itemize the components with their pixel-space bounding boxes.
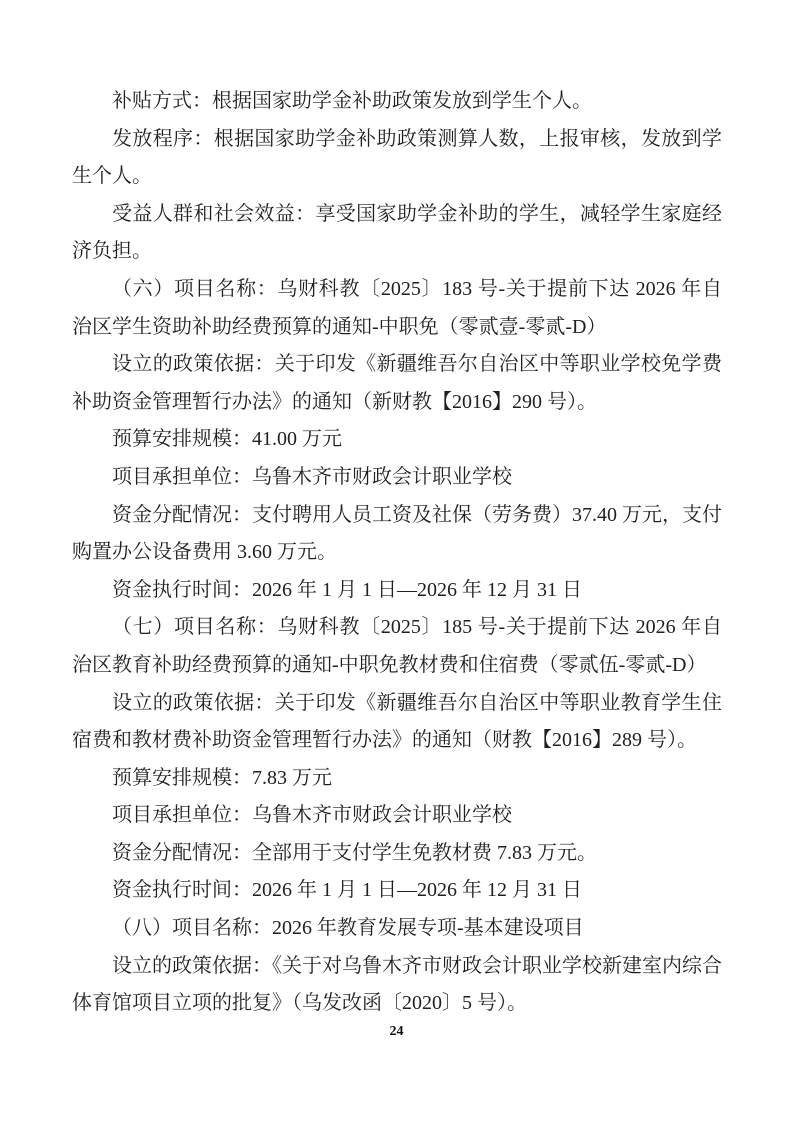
paragraph: 资金执行时间：2026 年 1 月 1 日—2026 年 12 月 31 日 <box>72 572 722 610</box>
paragraph: 设立的政策依据：关于印发《新疆维吾尔自治区中等职业学校免学费补助资金管理暂行办法… <box>72 346 722 421</box>
paragraph: 资金分配情况：支付聘用人员工资及社保（劳务费）37.40 万元，支付购置办公设备… <box>72 497 722 572</box>
paragraph: 预算安排规模：41.00 万元 <box>72 421 722 459</box>
paragraph: 受益人群和社会效益：享受国家助学金补助的学生，减轻学生家庭经济负担。 <box>72 196 722 271</box>
paragraph: 项目承担单位：乌鲁木齐市财政会计职业学校 <box>72 797 722 835</box>
paragraph: 补贴方式：根据国家助学金补助政策发放到学生个人。 <box>72 83 722 121</box>
paragraph: 设立的政策依据：关于印发《新疆维吾尔自治区中等职业教育学生住宿费和教材费补助资金… <box>72 685 722 760</box>
page-number-label: 24 <box>0 1024 793 1040</box>
paragraph: （六）项目名称：乌财科教〔2025〕183 号-关于提前下达 2026 年自治区… <box>72 271 722 346</box>
paragraph: 预算安排规模：7.83 万元 <box>72 760 722 798</box>
paragraph: 设立的政策依据：《关于对乌鲁木齐市财政会计职业学校新建室内综合体育馆项目立项的批… <box>72 948 722 1023</box>
document-page: 补贴方式：根据国家助学金补助政策发放到学生个人。发放程序：根据国家助学金补助政策… <box>0 0 793 1122</box>
paragraph: 资金执行时间：2026 年 1 月 1 日—2026 年 12 月 31 日 <box>72 872 722 910</box>
paragraph: （七）项目名称：乌财科教〔2025〕185 号-关于提前下达 2026 年自治区… <box>72 609 722 684</box>
document-content: 补贴方式：根据国家助学金补助政策发放到学生个人。发放程序：根据国家助学金补助政策… <box>72 83 722 1023</box>
paragraph: 项目承担单位：乌鲁木齐市财政会计职业学校 <box>72 459 722 497</box>
paragraph: （八）项目名称：2026 年教育发展专项-基本建设项目 <box>72 910 722 948</box>
paragraph: 发放程序：根据国家助学金补助政策测算人数，上报审核，发放到学生个人。 <box>72 121 722 196</box>
paragraph: 资金分配情况：全部用于支付学生免教材费 7.83 万元。 <box>72 835 722 873</box>
